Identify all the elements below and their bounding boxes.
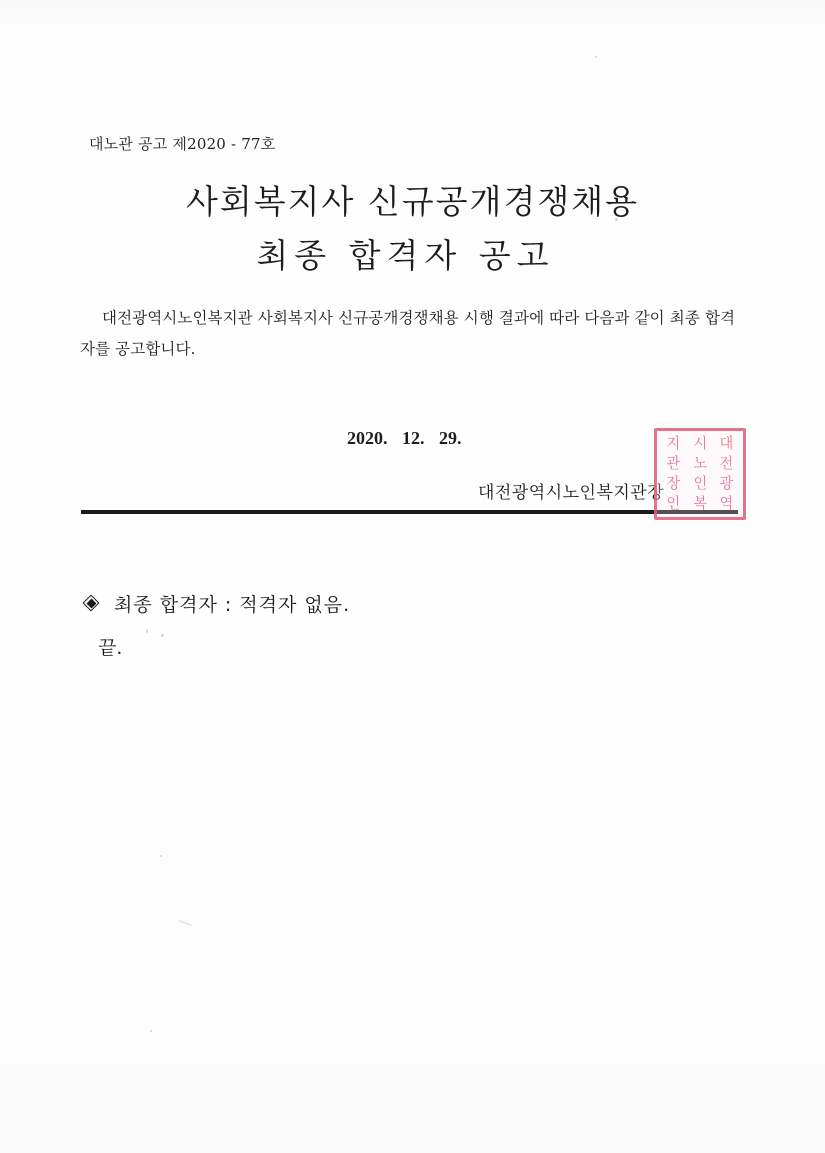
seal-character: 인 xyxy=(687,474,712,494)
end-mark: 끝. xyxy=(98,633,122,660)
seal-character: 복 xyxy=(687,494,712,514)
seal-character: 역 xyxy=(714,494,739,514)
diamond-icon xyxy=(84,596,99,611)
official-seal-icon: 지시대관노전장인광인복역 xyxy=(654,428,746,520)
scan-speck xyxy=(178,920,192,927)
seal-character: 노 xyxy=(687,454,712,474)
scan-speck xyxy=(595,56,597,58)
seal-character: 인 xyxy=(661,494,686,514)
notice-date: 2020. 12. 29. xyxy=(347,428,462,449)
scan-speck xyxy=(161,634,164,637)
result-text: 최종 합격자 : 적격자 없음. xyxy=(114,590,350,617)
scan-speck xyxy=(615,218,618,221)
result-statement: 최종 합격자 : 적격자 없음. xyxy=(81,590,350,617)
scan-speck xyxy=(146,629,148,633)
seal-character: 장 xyxy=(661,474,686,494)
seal-character: 대 xyxy=(714,434,739,454)
seal-character: 시 xyxy=(687,434,712,454)
seal-character: 광 xyxy=(714,474,739,494)
document-title: 사회복지사 신규공개경쟁채용 xyxy=(0,176,825,223)
document-page: 대노관 공고 제2020 - 77호 사회복지사 신규공개경쟁채용 최종 합격자… xyxy=(0,0,825,1153)
scan-speck xyxy=(150,1030,152,1032)
separator-line xyxy=(81,510,738,514)
notice-number: 대노관 공고 제2020 - 77호 xyxy=(89,133,275,154)
issuer-name: 대전광역시노인복지관장 xyxy=(478,478,664,503)
body-paragraph: 대전광역시노인복지관 사회복지사 신규공개경쟁채용 시행 결과에 따라 다음과 … xyxy=(80,303,745,365)
seal-character: 지 xyxy=(661,434,686,454)
seal-character: 전 xyxy=(714,454,739,474)
seal-character: 관 xyxy=(661,454,686,474)
scan-speck xyxy=(160,855,162,857)
document-subtitle: 최종 합격자 공고 xyxy=(0,230,818,277)
